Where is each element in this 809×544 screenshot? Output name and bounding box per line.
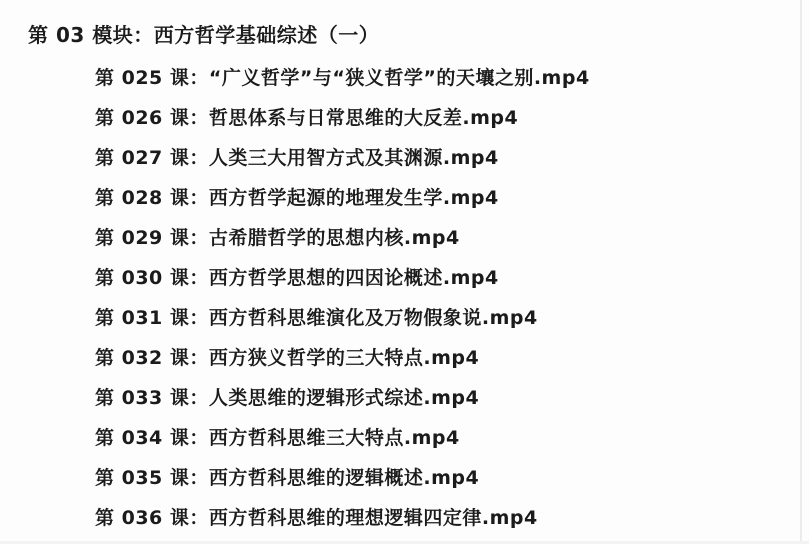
course-item: 第 035 课：西方哲科思维的逻辑概述.mp4: [95, 456, 590, 496]
module-title: 第 03 模块：西方哲学基础综述（一）: [28, 19, 379, 48]
course-item: 第 025 课：“广义哲学”与“狭义哲学”的天壤之别.mp4: [95, 56, 590, 96]
page-right-edge-divider: [800, 0, 802, 544]
course-item: 第 026 课：哲思体系与日常思维的大反差.mp4: [95, 96, 590, 136]
course-item: 第 029 课：古希腊哲学的思想内核.mp4: [95, 216, 590, 256]
course-item: 第 028 课：西方哲学起源的地理发生学.mp4: [95, 176, 590, 216]
course-item: 第 036 课：西方哲科思维的理想逻辑四定律.mp4: [95, 496, 590, 536]
course-list: 第 025 课：“广义哲学”与“狭义哲学”的天壤之别.mp4 第 026 课：哲…: [95, 56, 590, 536]
course-item: 第 032 课：西方狭义哲学的三大特点.mp4: [95, 336, 590, 376]
course-item: 第 031 课：西方哲科思维演化及万物假象说.mp4: [95, 296, 590, 336]
document-page: 第 03 模块：西方哲学基础综述（一） 第 025 课：“广义哲学”与“狭义哲学…: [0, 0, 809, 544]
course-item: 第 027 课：人类三大用智方式及其渊源.mp4: [95, 136, 590, 176]
course-item: 第 033 课：人类思维的逻辑形式综述.mp4: [95, 376, 590, 416]
course-item: 第 034 课：西方哲科思维三大特点.mp4: [95, 416, 590, 456]
course-item: 第 030 课：西方哲学思想的四因论概述.mp4: [95, 256, 590, 296]
